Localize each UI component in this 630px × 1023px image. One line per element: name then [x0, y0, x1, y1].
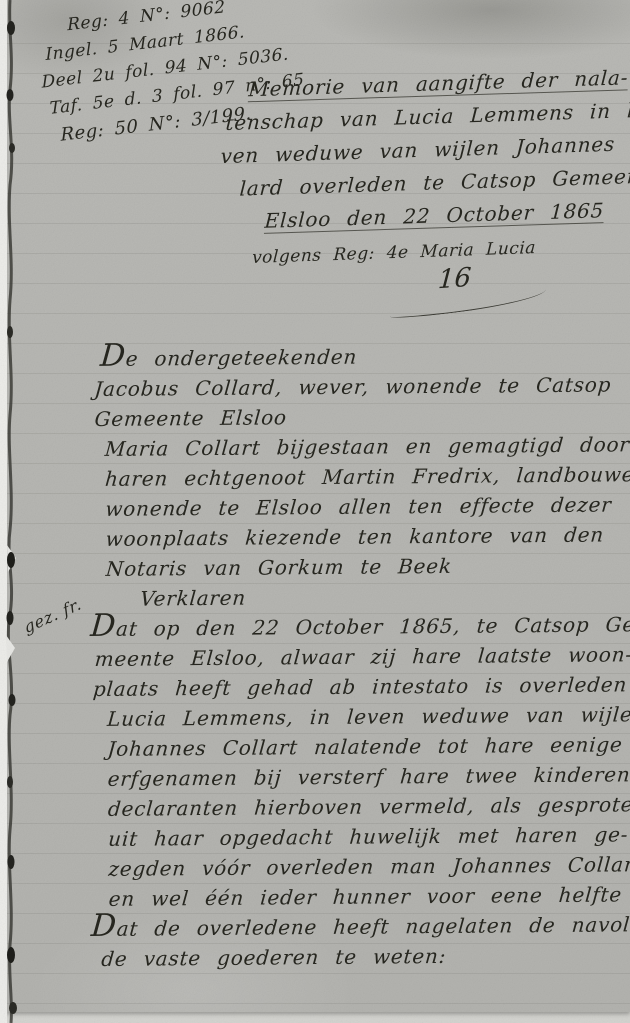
manuscript-line: Notaris van Gorkum te Beek: [105, 549, 630, 584]
manuscript-line: Gemeente Elsloo: [93, 399, 630, 434]
manuscript-line: declaranten hierboven vermeld, als gespr…: [107, 789, 630, 824]
declaration-body: De ondergeteekenden Jacobus Collard, wev…: [92, 339, 630, 974]
manuscript-line: Dat de overledene heeft nagelaten de nav…: [90, 909, 630, 944]
manuscript-line: Maria Collart bijgestaan en gemagtigd do…: [104, 429, 630, 464]
manuscript-line: en wel één ieder hunner voor eene helfte: [108, 879, 630, 914]
manuscript-line: de vaste goederen te weten:: [100, 939, 630, 974]
manuscript-line: haren echtgenoot Martin Fredrix, landbou…: [104, 459, 630, 494]
manuscript-line: Johannes Collart nalatende tot hare eeni…: [106, 729, 630, 764]
manuscript-line: meente Elsloo, alwaar zij hare laatste w…: [94, 639, 630, 674]
manuscript-line: woonplaats kiezende ten kantore van den: [105, 519, 630, 554]
manuscript-line: Jacobus Collard, wever, wonende te Catso…: [93, 369, 630, 404]
manuscript-line: Verklaren: [139, 579, 630, 614]
manuscript-line: uit haar opgedacht huwelijk met haren ge…: [107, 819, 630, 854]
manuscript-line: zegden vóór overleden man Johannes Colla…: [107, 849, 630, 884]
manuscript-line: plaats heeft gehad ab intestato is overl…: [92, 669, 630, 704]
manuscript-line: wonende te Elsloo allen ten effecte deze…: [104, 489, 630, 524]
manuscript-line: Dat op den 22 October 1865, te Catsop Ge…: [89, 609, 630, 644]
document-scan: Reg: 4 N°: 9062 Ingel. 5 Maart 1866. Dee…: [0, 0, 630, 1023]
manuscript-line: erfgenamen bij versterf hare twee kinder…: [107, 759, 630, 794]
manuscript-line: Lucia Lemmens, in leven weduwe van wijle…: [106, 699, 630, 734]
manuscript-line: De ondergeteekenden: [99, 339, 630, 374]
document-title: Memorie van aangifte der nala- tenschap …: [224, 61, 630, 239]
